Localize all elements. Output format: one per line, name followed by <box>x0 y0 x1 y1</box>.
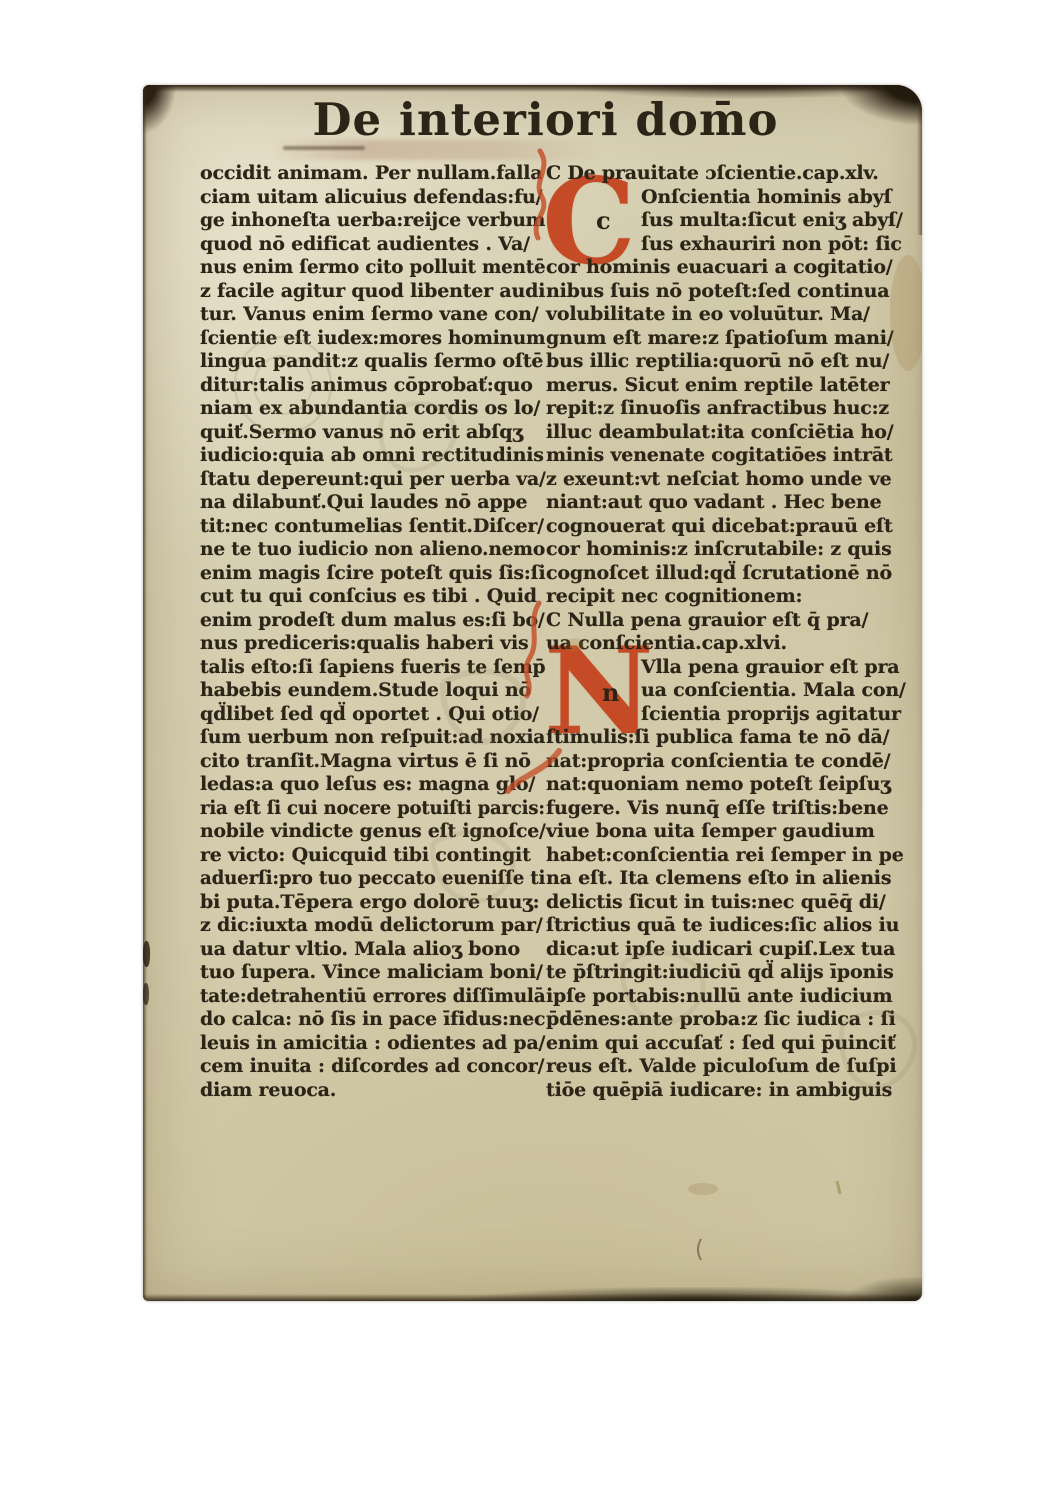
text-line: Onſcientia hominis abyſ <box>641 186 908 210</box>
text-column-left: occidit animam. Per nullam.fallaciam uit… <box>200 162 545 1102</box>
text-line: ne te tuo iudicio non alieno.nemo <box>200 538 538 562</box>
text-line: habet:conſcientia rei ſemper in pe <box>546 844 908 868</box>
text-line: lingua pandit:z qualis ſermo oſtē <box>200 350 545 374</box>
book-page-scan: De interiori dom̄o occidit animam. Per n… <box>0 0 1060 1500</box>
text-line: iudicio:quia ab omni rectitudinis <box>200 444 545 468</box>
text-line: ge inhoneſta uerba:reijce verbum <box>200 209 540 233</box>
text-line: ſcientie eſt iudex:mores hominum <box>200 327 535 351</box>
text-line: ua conſcientia. Mala con/ <box>641 679 908 703</box>
text-line: fugere. Vis nunq̄ eſſe triſtis:bene <box>546 797 908 821</box>
text-line: illuc deambulat:ita conſciētia ho/ <box>546 421 908 445</box>
text-line: p̄dēnes:ante proba:z ſic iudica : ſi <box>546 1008 908 1032</box>
text-line: leuis in amicitia : odientes ad pa/ <box>200 1032 543 1056</box>
text-line: te p̄ſtringit:iudiciū qd̈ alijs īponis <box>546 961 908 985</box>
text-line: na dilabunť.Qui laudes nō appe <box>200 491 545 515</box>
text-line: nibus ſuis nō poteſt:ſed continua <box>546 280 908 304</box>
incunabulum-leaf: De interiori dom̄o occidit animam. Per n… <box>143 85 922 1301</box>
text-line: ſus exhauriri non pōt: ſic <box>641 233 908 257</box>
text-line: delictis ſicut in tuis:nec quēq̄ di/ <box>546 891 908 915</box>
text-line: ſtrictius quā te iudices:ſic alios iu <box>546 914 908 938</box>
text-line: C Nulla pena grauior eſt q̄ pra/ <box>546 609 908 633</box>
text-line: cem inuita : diſcordes ad concor/ <box>200 1055 545 1079</box>
text-line: na eſt. Ita clemens eſto in alienis <box>546 867 908 891</box>
text-line: bus illic reptilia:quorū nō eſt nu/ <box>546 350 908 374</box>
text-line: repit:z ſinuoſis anfractibus huc:z <box>546 397 908 421</box>
text-line: cor hominis:z inſcrutabile: z quis <box>546 538 908 562</box>
text-line: cognoſcet illud:qd̈ ſcrutationē nō <box>546 562 908 586</box>
text-line: ipſe portabis:nullū ante iudicium <box>546 985 908 1009</box>
text-line: cut tu qui conſcius es tibi . Quid <box>200 585 545 609</box>
text-line: ledas:a quo leſus es: magna glo/ <box>200 773 545 797</box>
text-line: tuo ſupera. Vince maliciam boni/ <box>200 961 545 985</box>
text-line: recipit nec cognitionem: <box>546 585 908 609</box>
text-line: habebis eundem.Stude loqui nō <box>200 679 545 703</box>
text-line: ſtatu depereunt:qui per uerba va/ <box>200 468 541 492</box>
worn-edge-bottom-right <box>470 1287 922 1301</box>
paper-speck <box>698 1239 701 1260</box>
text-line: qd̈libet ſed qd̈ oportet . Qui otio/ <box>200 703 545 727</box>
text-line: enim qui accuſať : ſed qui p̄uinciť <box>546 1032 908 1056</box>
text-line: minis venenate cogitatiōes intrāt <box>546 444 908 468</box>
text-line: C De prauitate ɔſcientie.cap.xlv. <box>546 162 908 186</box>
text-line: enim prodeſt dum malus es:ſi bo/ <box>200 609 542 633</box>
binding-mark <box>143 983 149 1005</box>
text-line: dica:ut ipſe iudicari cupiſ.Lex tua <box>546 938 908 962</box>
text-line: ua datur vltio. Mala alioʒ bono <box>200 938 545 962</box>
text-line: z facile agitur quod libenter audi <box>200 280 545 304</box>
text-line: enim magis ſcire poteſt quis ſis:ſi <box>200 562 541 586</box>
text-line: ſcientia proprijs agitatur <box>641 703 908 727</box>
text-line: nat:propria conſcientia te condē/ <box>546 750 908 774</box>
text-line: ſtimulis:ſi publica fama te nō dā/ <box>546 726 908 750</box>
text-line: Vlla pena grauior eſt pra <box>641 656 908 680</box>
binding-edge-left <box>143 85 147 1301</box>
text-line: tit:nec contumelias ſentit.Diſcer/ <box>200 515 545 539</box>
text-line: diam reuoca. <box>200 1079 545 1103</box>
grass-speck <box>837 1181 840 1194</box>
drop-cap-initial-c: C <box>542 176 636 268</box>
text-line: ſus multa:ſicut eniʒ abyſ/ <box>641 209 908 233</box>
text-line: nus enim ſermo cito polluit mentē <box>200 256 533 280</box>
ink-smudge <box>283 146 365 150</box>
text-line: niam ex abundantia cordis os lo/ <box>200 397 545 421</box>
text-line: nobile vindicte genus eſt ignoſce/ <box>200 820 541 844</box>
text-line: ua conſcientia.cap.xlvi. <box>546 632 908 656</box>
paper-stain <box>688 1183 718 1195</box>
text-line: z dic:iuxta modū delictorum par/ <box>200 914 545 938</box>
text-line: do calca: nō ſis in pace īfidus:nec <box>200 1008 542 1032</box>
text-line: ſum uerbum non reſpuit:ad noxia <box>200 726 541 750</box>
text-line: bi puta.Tēpera ergo dolorē tuuʒ: <box>200 891 545 915</box>
worn-edge-bottom <box>143 1294 922 1301</box>
text-line: tur. Vanus enim ſermo vane con/ <box>200 303 545 327</box>
text-line: cognouerat qui dicebat:prauū eſt <box>546 515 908 539</box>
binding-mark <box>143 941 150 967</box>
text-line: cor hominis euacuari a cogitatio/ <box>546 256 908 280</box>
burnt-edge-top <box>143 85 922 92</box>
text-line: nus prediceris:qualis haberi vis <box>200 632 545 656</box>
text-line: cito tranſit.Magna virtus ē ſi nō <box>200 750 545 774</box>
text-column-right: C c N n C De prauitate ɔſcientie.cap.xlv… <box>546 162 908 1102</box>
text-line: aduerſi:pro tuo peccato eueniſſe ti <box>200 867 531 891</box>
text-line: z exeunt:vt neſciat homo unde ve <box>546 468 908 492</box>
text-line: nat:quoniam nemo poteſt ſeipſuʒ <box>546 773 908 797</box>
text-line: ciam uitam alicuius defendas:fu/ <box>200 186 545 210</box>
text-line: niant:aut quo vadant . Hec bene <box>546 491 908 515</box>
text-line: viue bona uita ſemper gaudium <box>546 820 908 844</box>
text-line: talis eſto:ſi ſapiens fueris te ſemp̄ <box>200 656 540 680</box>
text-line: ria eſt ſi cui nocere potuiſti parcis: <box>200 797 528 821</box>
text-line: re victo: Quicquid tibi contingit <box>200 844 545 868</box>
text-line: quod nō edificat audientes . Va/ <box>200 233 545 257</box>
worn-corner-bottom-right <box>848 1277 922 1301</box>
text-line: ditur:talis animus cōprobať:quo <box>200 374 545 398</box>
text-line: tiōe quēpiā iudicare: in ambiguis <box>546 1079 908 1103</box>
page-title: De interiori dom̄o <box>143 93 922 146</box>
text-line: volubilitate in eo voluūtur. Ma/ <box>546 303 908 327</box>
text-line: merus. Sicut enim reptile latēter <box>546 374 908 398</box>
guide-letter-c: c <box>596 206 611 235</box>
text-line: gnum eſt mare:z ſpatioſum mani/ <box>546 327 908 351</box>
text-line: reus eſt. Valde piculoſum de ſuſpi <box>546 1055 908 1079</box>
text-line: tate:detrahentiū errores diſſimulā <box>200 985 534 1009</box>
guide-letter-n: n <box>602 678 619 707</box>
text-line: occidit animam. Per nullam.falla <box>200 162 545 186</box>
text-line: quiť.Sermo vanus nō erit abſqʒ <box>200 421 545 445</box>
